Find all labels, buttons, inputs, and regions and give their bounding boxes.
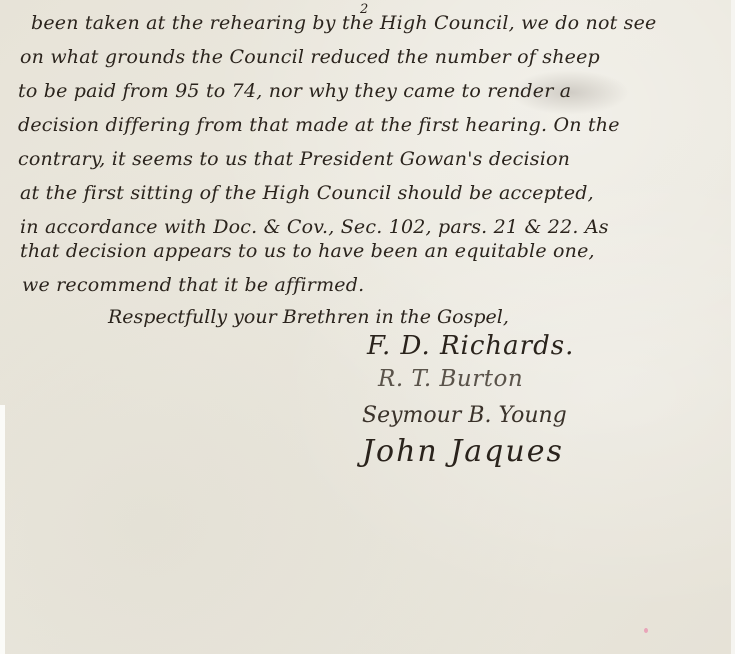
body-line-6: at the first sitting of the High Council… bbox=[20, 182, 594, 204]
closing-salutation: Respectfully your Brethren in the Gospel… bbox=[108, 306, 509, 328]
body-line-8: that decision appears to us to have been… bbox=[20, 240, 595, 262]
signature-richards: F. D. Richards. bbox=[367, 331, 574, 361]
body-line-1: been taken at the rehearing by the High … bbox=[31, 12, 657, 34]
signature-young: Seymour B. Young bbox=[362, 403, 567, 428]
signature-burton: R. T. Burton bbox=[378, 366, 523, 392]
body-line-9: we recommend that it be affirmed. bbox=[22, 274, 364, 296]
signature-jaques: John Jaques bbox=[362, 434, 564, 469]
paper-mark bbox=[644, 628, 648, 633]
scan-edge-right bbox=[731, 0, 735, 654]
scan-edge-left bbox=[0, 405, 5, 654]
body-line-4: decision differing from that made at the… bbox=[18, 114, 620, 136]
letter-page: 2 been taken at the rehearing by the Hig… bbox=[0, 0, 731, 654]
body-line-7: in accordance with Doc. & Cov., Sec. 102… bbox=[20, 216, 609, 238]
body-line-2: on what grounds the Council reduced the … bbox=[20, 46, 600, 68]
body-line-3: to be paid from 95 to 74, nor why they c… bbox=[18, 80, 571, 102]
body-line-5: contrary, it seems to us that President … bbox=[18, 148, 570, 170]
